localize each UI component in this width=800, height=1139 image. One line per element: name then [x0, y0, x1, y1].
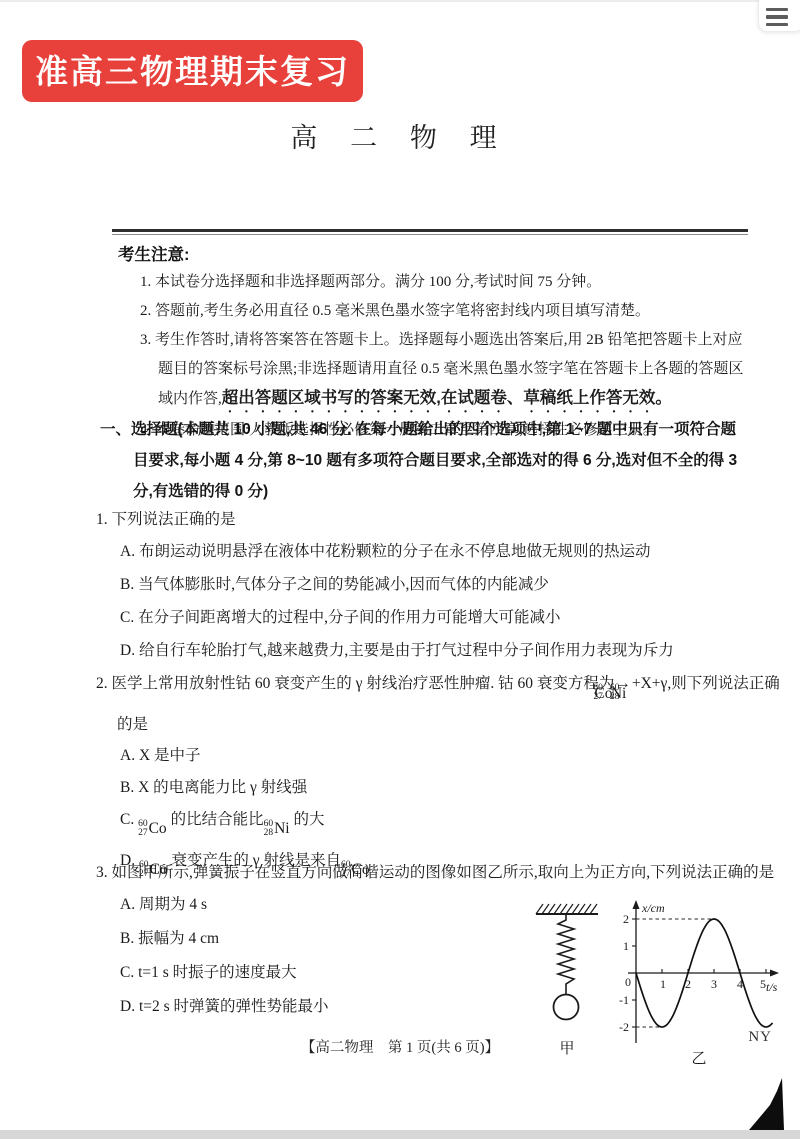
- question-stem: 3. 如图甲所示,弹簧振子在竖直方向做简谐运动的图像如图乙所示,取向上为正方向,…: [96, 858, 792, 888]
- notice-item: 3. 考生作答时,请将答案答在答题卡上。选择题每小题选出答案后,用 2B 铅笔把…: [140, 326, 748, 416]
- svg-text:2: 2: [685, 977, 691, 991]
- menu-button[interactable]: [758, 0, 800, 32]
- svg-text:1: 1: [660, 977, 666, 991]
- section-heading: 一、选择题(本题共 10 小题,共 46 分. 在每小题给出的四个选项中,第 1…: [100, 414, 748, 507]
- nuclide-ni: 6028Ni: [264, 813, 290, 845]
- x-axis-label: t/s: [766, 980, 778, 994]
- notice-item: 2. 答题前,考生务必用直径 0.5 毫米黑色墨水签字笔将密封线内项目填写清楚。: [140, 297, 748, 326]
- option-item: B. 振幅为 4 cm: [120, 922, 510, 956]
- spring-oscillator-diagram: [526, 898, 608, 1030]
- svg-text:-1: -1: [619, 993, 629, 1007]
- svg-text:1: 1: [623, 939, 629, 953]
- notice-heading: 考生注意:: [118, 241, 748, 265]
- paper-code: NY: [748, 1029, 772, 1046]
- spring-figure: 甲: [526, 898, 608, 1058]
- displacement-time-graph: x/cm t/s 2 1 0 -1 -2 1 2 3 4 5: [608, 898, 790, 1048]
- notice-item: 1. 本试卷分选择题和非选择题两部分。满分 100 分,考试时间 75 分钟。: [140, 268, 748, 297]
- option-item: A. 周期为 4 s: [120, 888, 510, 922]
- svg-text:4: 4: [737, 977, 743, 991]
- option-item: B. 当气体膨胀时,气体分子之间的势能减小,因而气体的内能减少: [120, 568, 748, 601]
- nuclide-co: 6027Co: [138, 813, 167, 845]
- hamburger-icon: [766, 15, 788, 19]
- option-item: C. 在分子间距离增大的过程中,分子间的作用力可能增大可能减小: [120, 601, 748, 634]
- option-item: D. t=2 s 时弹簧的弹性势能最小: [120, 990, 510, 1024]
- option-item: B. X 的电离能力比 γ 射线强: [120, 772, 748, 804]
- scanned-exam-page: 准高三物理期末复习 高 二 物 理 考生注意: 1. 本试卷分选择题和非选择题两…: [0, 0, 800, 1139]
- option-item: A. X 是中子: [120, 740, 748, 772]
- top-edge-divider: [0, 0, 800, 2]
- option-item: C. t=1 s 时振子的速度最大: [120, 956, 510, 990]
- option-item: C. 6027Co 的比结合能比6028Ni 的大: [120, 804, 748, 845]
- y-axis-label: x/cm: [641, 901, 665, 915]
- svg-text:0: 0: [625, 975, 631, 989]
- page-footer: 【高二物理 第 1 页(共 6 页)】: [0, 1036, 800, 1057]
- review-banner: 准高三物理期末复习: [22, 40, 363, 102]
- notice-item-emphasis: 超出答题区域书写的答案无效,在试题卷、草稿纸上作答无效。: [222, 389, 672, 407]
- svg-text:5: 5: [760, 977, 766, 991]
- stem-text: 2. 医学上常用放射性钴 60 衰变产生的 γ 射线治疗恶性肿瘤. 钴 60 衰…: [96, 675, 614, 692]
- hamburger-icon: [766, 8, 788, 12]
- question-2: 2. 医学上常用放射性钴 60 衰变产生的 γ 射线治疗恶性肿瘤. 钴 60 衰…: [96, 668, 748, 886]
- corner-tear-mark: [749, 1078, 785, 1130]
- header-rule: [112, 229, 748, 235]
- question-1: 1. 下列说法正确的是 A. 布朗运动说明悬浮在液体中花粉颗粒的分子在永不停息地…: [96, 505, 748, 667]
- option-item: A. 布朗运动说明悬浮在液体中花粉颗粒的分子在永不停息地做无规则的热运动: [120, 535, 748, 568]
- bottom-strip: [0, 1130, 800, 1139]
- page-title: 高 二 物 理: [0, 116, 800, 155]
- question-stem: 2. 医学上常用放射性钴 60 衰变产生的 γ 射线治疗恶性肿瘤. 钴 60 衰…: [96, 668, 792, 740]
- svg-text:3: 3: [711, 977, 717, 991]
- question-stem: 1. 下列说法正确的是: [96, 505, 748, 535]
- hamburger-icon: [766, 23, 788, 27]
- svg-text:2: 2: [623, 912, 629, 926]
- svg-text:-2: -2: [619, 1020, 629, 1034]
- option-item: D. 给自行车轮胎打气,越来越费力,主要是由于打气过程中分子间作用力表现为斥力: [120, 634, 748, 667]
